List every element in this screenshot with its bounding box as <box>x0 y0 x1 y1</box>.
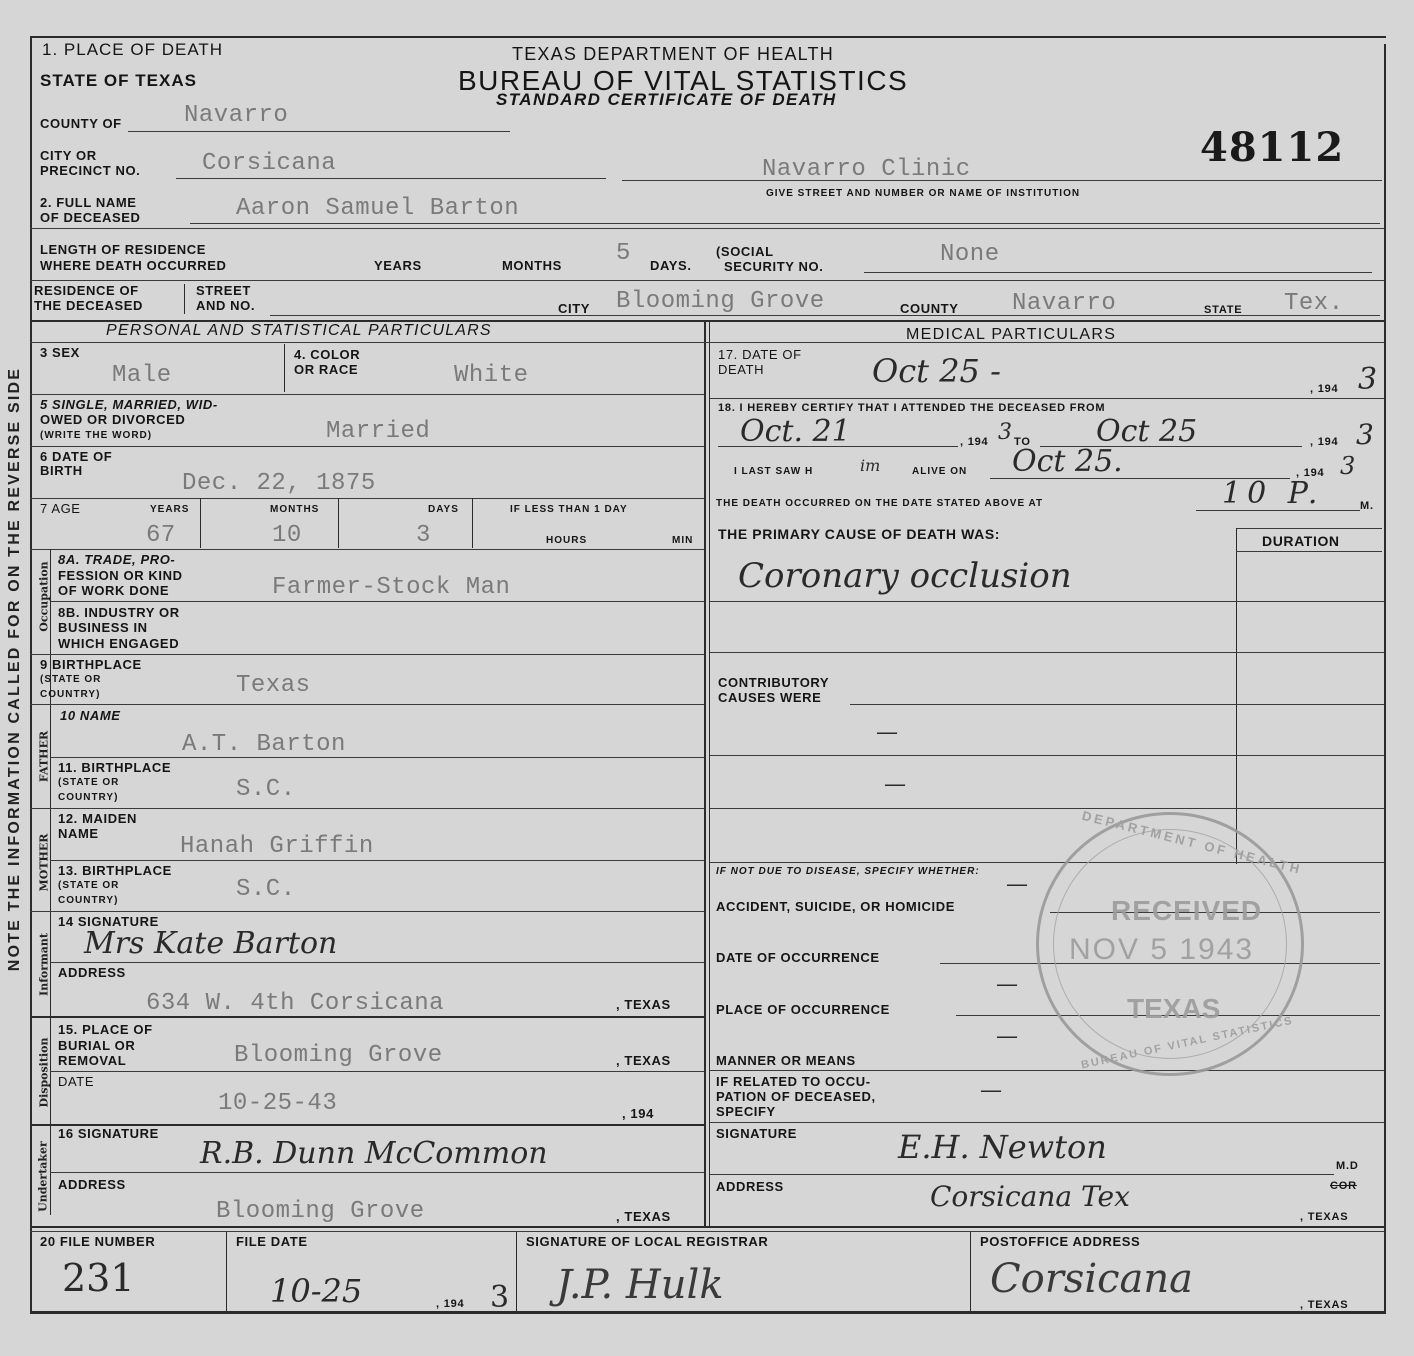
res-county-label: COUNTY <box>900 302 959 316</box>
ssn-underline <box>864 272 1372 273</box>
to-year-prefix: , 194 <box>1310 436 1338 449</box>
occu-label-2: PATION OF DECEASED, <box>716 1090 876 1104</box>
file-year-digit: 3 <box>490 1280 509 1315</box>
res-state-value: Tex. <box>1284 290 1344 317</box>
trade-label-1: 8A. TRADE, PRO- <box>58 553 175 567</box>
footer-col-1 <box>226 1232 227 1312</box>
manner-label: MANNER OR MEANS <box>716 1054 856 1068</box>
occupation-section-label: Occupation <box>38 557 51 637</box>
attended-from-value: Oct. 21 <box>740 414 851 449</box>
undertaker-address-value: Blooming Grove <box>216 1198 425 1225</box>
contributory-label-1: CONTRIBUTORY <box>718 676 829 690</box>
trade-value: Farmer-Stock Man <box>272 574 510 601</box>
dod-year-prefix: , 194 <box>1310 383 1338 396</box>
mother-bp-label-2: (STATE OR <box>58 880 119 892</box>
age-months-value: 10 <box>272 522 302 549</box>
occurrence-place-value: — <box>996 972 1018 997</box>
birthplace-label-2: (STATE OR <box>40 674 101 686</box>
file-number-value: 231 <box>62 1256 135 1300</box>
center-divider <box>704 322 706 1227</box>
department-title: TEXAS DEPARTMENT OF HEALTH <box>512 47 834 61</box>
manner-underline <box>710 1070 1384 1071</box>
row-line-7 <box>30 704 704 705</box>
undertaker-section-label: Undertaker <box>37 1132 50 1222</box>
age-div-2 <box>338 498 339 548</box>
months-label: MONTHS <box>502 259 562 273</box>
mother-section-label: MOTHER <box>38 833 51 893</box>
burial-place-value: Blooming Grove <box>234 1042 443 1069</box>
certificate-number: 48112 <box>1200 124 1344 171</box>
full-name-value: Aaron Samuel Barton <box>236 195 519 222</box>
age-label: 7 AGE <box>40 502 81 516</box>
row-line-10 <box>50 860 704 861</box>
row-line-16 <box>50 1172 704 1173</box>
dod-label-2: DEATH <box>718 363 764 377</box>
undertaker-texas: , TEXAS <box>616 1210 671 1224</box>
row-divider-residence <box>30 228 1384 229</box>
dob-label-1: 6 DATE OF <box>40 450 112 464</box>
burial-label-1: 15. PLACE OF <box>58 1023 153 1037</box>
postoffice-label: POSTOFFICE ADDRESS <box>980 1235 1140 1249</box>
father-name-value: A.T. Barton <box>182 731 346 758</box>
birthplace-label-3: COUNTRY) <box>40 689 100 701</box>
days-label: DAYS. <box>650 259 692 273</box>
informant-texas: , TEXAS <box>616 998 671 1012</box>
residence-days-value: 5 <box>616 240 631 267</box>
time-label: THE DEATH OCCURRED ON THE DATE STATED AB… <box>716 498 1043 510</box>
state-of-texas-label: STATE OF TEXAS <box>40 74 197 88</box>
res-city-label: CITY <box>558 302 590 316</box>
physician-addr-label: ADDRESS <box>716 1180 784 1194</box>
street-label-2: AND NO. <box>196 299 255 313</box>
occu-label-3: SPECIFY <box>716 1105 776 1119</box>
manner-value: — <box>996 1024 1018 1049</box>
md-label: M.D <box>1336 1160 1359 1173</box>
footer-col-3 <box>970 1232 971 1312</box>
certificate-title: STANDARD CERTIFICATE OF DEATH <box>496 93 837 107</box>
physician-sig-underline <box>710 1174 1334 1175</box>
medical-section-title: MEDICAL PARTICULARS <box>906 328 1116 342</box>
file-number-label: 20 FILE NUMBER <box>40 1235 155 1249</box>
file-year-prefix: , 194 <box>436 1298 464 1311</box>
physician-sig-label: SIGNATURE <box>716 1127 797 1141</box>
frame-bottom <box>30 1311 1386 1314</box>
father-birthplace-value: S.C. <box>236 776 296 803</box>
last-saw-label-1: I LAST SAW H <box>734 466 813 478</box>
residence-length-label-1: LENGTH OF RESIDENCE <box>40 243 206 257</box>
dod-year-digit: 3 <box>1358 362 1377 397</box>
race-value: White <box>454 362 529 389</box>
burial-texas: , TEXAS <box>616 1054 671 1068</box>
county-underline <box>128 131 510 132</box>
from-year-prefix: , 194 <box>960 436 988 449</box>
last-saw-value: Oct 25. <box>1012 444 1123 479</box>
marital-value: Married <box>326 418 430 445</box>
m-label: M. <box>1360 500 1374 513</box>
undertaker-addr-label: ADDRESS <box>58 1178 126 1192</box>
row-line-13 <box>30 1016 704 1018</box>
race-label-1: 4. COLOR <box>294 348 360 362</box>
row-divider-ssn <box>30 280 1384 281</box>
dob-label-2: BIRTH <box>40 464 83 478</box>
father-bp-label-3: COUNTRY) <box>58 792 118 804</box>
age-lt-day-label: IF LESS THAN 1 DAY <box>510 504 628 516</box>
duration-top <box>1236 528 1382 529</box>
birthplace-label-1: 9 BIRTHPLACE <box>40 658 142 672</box>
institution-underline <box>622 180 1382 181</box>
file-date-label: FILE DATE <box>236 1235 308 1249</box>
ssn-value: None <box>940 241 1000 268</box>
years-label: YEARS <box>374 259 422 273</box>
contributory-1-value: — <box>876 720 898 745</box>
last-saw-label-2: ALIVE ON <box>912 466 967 478</box>
contributory-label-2: CAUSES WERE <box>718 691 821 705</box>
city-label-2: PRECINCT NO. <box>40 164 140 178</box>
row-line-2 <box>30 446 704 447</box>
reverse-side-note: NOTE THE INFORMATION CALLED FOR ON THE R… <box>6 269 24 1069</box>
disposition-section-label: Disposition <box>38 1031 51 1115</box>
occu-underline <box>710 1122 1384 1123</box>
row-line-3 <box>30 498 704 499</box>
age-years-label: YEARS <box>150 504 189 516</box>
mother-bp-label-3: COUNTRY) <box>58 895 118 907</box>
duration-label: DURATION <box>1262 534 1340 548</box>
informant-address-value: 634 W. 4th Corsicana <box>146 990 444 1017</box>
cause-line-2 <box>710 652 1384 653</box>
occu-label-1: IF RELATED TO OCCU- <box>716 1075 871 1089</box>
last-saw-pronoun: im <box>860 456 880 475</box>
informant-signature: Mrs Kate Barton <box>84 926 337 961</box>
age-years-value: 67 <box>146 522 176 549</box>
postoffice-texas: , TEXAS <box>1300 1299 1348 1312</box>
stamp-received: RECEIVED <box>1111 895 1262 927</box>
cause-line-1 <box>710 601 1384 602</box>
full-name-underline <box>190 223 1380 224</box>
marital-label-1: 5 SINGLE, MARRIED, WID- <box>40 398 218 412</box>
city-value: Corsicana <box>202 150 336 177</box>
sex-label: 3 SEX <box>40 346 80 360</box>
occurrence-date-label: DATE OF OCCURRENCE <box>716 951 880 965</box>
undertaker-signature: R.B. Dunn McCommon <box>200 1136 548 1171</box>
row-line-12 <box>50 962 704 963</box>
hours-label: HOURS <box>546 535 587 547</box>
footer-divider <box>30 1226 1384 1228</box>
mother-birthplace-value: S.C. <box>236 876 296 903</box>
county-label: COUNTY OF <box>40 117 122 131</box>
from-underline <box>718 446 958 447</box>
burial-date-value: 10-25-43 <box>218 1090 337 1117</box>
row-line-1 <box>30 394 704 395</box>
row-line-9 <box>30 808 704 809</box>
residence-label-1: RESIDENCE OF <box>34 284 139 298</box>
mother-name-value: Hanah Griffin <box>180 833 374 860</box>
accident-label: ACCIDENT, SUICIDE, OR HOMICIDE <box>716 900 955 914</box>
primary-cause-label: THE PRIMARY CAUSE OF DEATH WAS: <box>718 527 1000 541</box>
marital-label-2: OWED OR DIVORCED <box>40 413 185 427</box>
contrib-line-2 <box>710 755 1384 756</box>
trade-label-3: OF WORK DONE <box>58 584 169 598</box>
cor-label: COR <box>1330 1180 1357 1193</box>
street-label-1: STREET <box>196 284 251 298</box>
accident-value: — <box>1006 872 1028 897</box>
father-bp-label-2: (STATE OR <box>58 777 119 789</box>
frame-top <box>30 36 1386 38</box>
not-disease-label: IF NOT DUE TO DISEASE, SPECIFY WHETHER: <box>716 866 980 878</box>
ssn-label-2: SECURITY NO. <box>724 260 823 274</box>
trade-label-2: FESSION OR KIND <box>58 569 183 583</box>
age-div-3 <box>472 498 473 548</box>
time-of-death-value: 10 P. <box>1222 476 1323 511</box>
father-bp-label-1: 11. BIRTHPLACE <box>58 761 171 775</box>
physician-texas: , TEXAS <box>1300 1211 1348 1224</box>
physician-address: Corsicana Tex <box>930 1180 1130 1213</box>
row-line-11 <box>30 911 704 912</box>
mother-name-label-1: 12. MAIDEN <box>58 812 137 826</box>
to-year-digit: 3 <box>1356 418 1374 451</box>
time-underline <box>1196 510 1360 511</box>
ssn-label-1: (SOCIAL <box>716 245 774 259</box>
physician-signature: E.H. Newton <box>898 1128 1107 1166</box>
med-line-1 <box>710 398 1384 399</box>
min-label: MIN <box>672 535 693 547</box>
sex-value: Male <box>112 362 172 389</box>
marital-label-3: (WRITE THE WORD) <box>40 430 152 442</box>
center-divider-2 <box>709 322 710 1227</box>
industry-label-1: 8B. INDUSTRY OR <box>58 606 180 620</box>
informant-addr-label: ADDRESS <box>58 966 126 980</box>
contributory-2-value: — <box>884 772 906 797</box>
age-div-1 <box>200 498 201 548</box>
residence-underline <box>270 315 1380 316</box>
residence-divider <box>184 284 185 314</box>
from-year-digit: 3 <box>998 420 1012 445</box>
mother-name-label-2: NAME <box>58 827 99 841</box>
primary-cause-value: Coronary occlusion <box>738 556 1072 596</box>
received-stamp: DEPARTMENT OF HEALTH RECEIVED NOV 5 1943… <box>1036 812 1304 1076</box>
dod-label-1: 17. DATE OF <box>718 348 802 362</box>
age-days-label: DAYS <box>428 504 459 516</box>
res-county-value: Navarro <box>1012 290 1116 317</box>
burial-label-2: BURIAL OR <box>58 1039 135 1053</box>
industry-label-2: BUSINESS IN <box>58 621 148 635</box>
city-label-1: CITY OR <box>40 149 97 163</box>
row-line-8 <box>50 757 704 758</box>
contrib-line-3 <box>710 808 1384 809</box>
footer-col-2 <box>516 1232 517 1312</box>
duration-header-line <box>1236 551 1382 552</box>
personal-section-title: PERSONAL AND STATISTICAL PARTICULARS <box>106 324 492 338</box>
stamp-date: NOV 5 1943 <box>1069 933 1254 967</box>
res-city-value: Blooming Grove <box>616 288 825 315</box>
institution-caption: GIVE STREET AND NUMBER OR NAME OF INSTIT… <box>766 188 1080 200</box>
race-label-2: OR RACE <box>294 363 358 377</box>
file-date-value: 10-25 <box>270 1272 362 1310</box>
registrar-label: SIGNATURE OF LOCAL REGISTRAR <box>526 1235 768 1249</box>
date-of-death-value: Oct 25 - <box>872 352 1001 390</box>
industry-label-3: WHICH ENGAGED <box>58 637 179 651</box>
full-name-label-2: OF DECEASED <box>40 211 141 225</box>
frame-right <box>1384 44 1386 1314</box>
row-line-6 <box>30 654 704 655</box>
city-underline <box>176 178 606 179</box>
burial-year-suffix: , 194 <box>622 1107 654 1121</box>
age-months-label: MONTHS <box>270 504 319 516</box>
row-line-14 <box>50 1071 704 1072</box>
place-of-death-label: 1. PLACE OF DEATH <box>42 43 223 57</box>
stamp-state: TEXAS <box>1127 993 1220 1025</box>
county-value: Navarro <box>184 102 288 129</box>
birthplace-value: Texas <box>236 672 311 699</box>
burial-date-label: DATE <box>58 1075 94 1089</box>
burial-label-3: REMOVAL <box>58 1054 126 1068</box>
contrib-line-1 <box>850 704 1384 705</box>
informant-section-label: Informant <box>38 925 51 1005</box>
postoffice-value: Corsicana <box>990 1256 1193 1302</box>
mother-bp-label-1: 13. BIRTHPLACE <box>58 864 172 878</box>
registrar-signature: J.P. Hulk <box>556 1262 724 1308</box>
occu-value: — <box>980 1078 1002 1103</box>
undertaker-sig-label: 16 SIGNATURE <box>58 1127 159 1141</box>
institution-value: Navarro Clinic <box>762 156 971 183</box>
father-name-label: 10 NAME <box>60 709 121 723</box>
dob-value: Dec. 22, 1875 <box>182 470 376 497</box>
occurrence-place-label: PLACE OF OCCURRENCE <box>716 1003 890 1017</box>
full-name-label-1: 2. FULL NAME <box>40 196 137 210</box>
residence-length-label-2: WHERE DEATH OCCURRED <box>40 259 227 273</box>
sex-race-divider <box>284 344 285 392</box>
age-days-value: 3 <box>416 522 431 549</box>
title-underline <box>30 342 1384 343</box>
duration-column <box>1236 528 1237 864</box>
footer-divider-2 <box>30 1231 1384 1232</box>
row-line-4 <box>30 549 704 550</box>
residence-label-2: THE DECEASED <box>34 299 143 313</box>
father-section-label: FATHER <box>38 729 51 785</box>
row-line-5 <box>50 601 704 602</box>
last-saw-year-digit: 3 <box>1340 452 1355 480</box>
